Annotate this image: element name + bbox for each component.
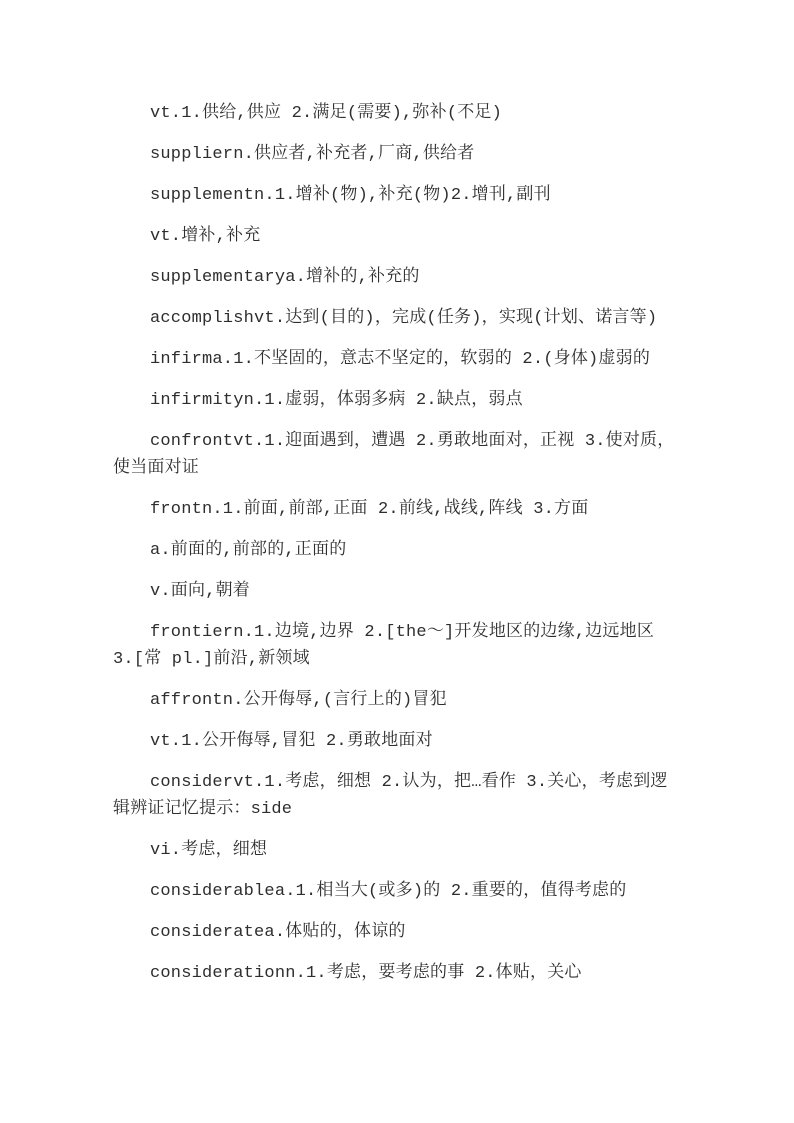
entry-line: frontn.1.前面,前部,正面 2.前线,战线,阵线 3.方面	[113, 496, 703, 523]
entry-line: considervt.1.考虑，细想 2.认为，把…看作 3.关心，考虑到逻	[113, 769, 703, 796]
entry-line: infirma.1.不坚固的，意志不坚定的，软弱的 2.(身体)虚弱的	[113, 346, 703, 373]
entry-line: consideratea.体贴的，体谅的	[113, 919, 703, 946]
entry-line: frontiern.1.边境,边界 2.[the～]开发地区的边缘,边远地区	[113, 619, 703, 646]
entry-line: accomplishvt.达到(目的)，完成(任务)，实现(计划、诺言等)	[113, 305, 703, 332]
dict-entry: frontn.1.前面,前部,正面 2.前线,战线,阵线 3.方面	[113, 496, 703, 523]
entry-line-continuation: 使当面对证	[113, 455, 703, 482]
entry-line: confrontvt.1.迎面遇到，遭遇 2.勇敢地面对，正视 3.使对质，	[113, 428, 703, 455]
dict-entry: accomplishvt.达到(目的)，完成(任务)，实现(计划、诺言等)	[113, 305, 703, 332]
dict-entry: vi.考虑，细想	[113, 837, 703, 864]
text-content: vt.1.供给,供应 2.满足(需要),弥补(不足) suppliern.供应者…	[113, 100, 703, 1001]
entry-line: vt.1.供给,供应 2.满足(需要),弥补(不足)	[113, 100, 703, 127]
dict-entry: affrontn.公开侮辱,(言行上的)冒犯	[113, 687, 703, 714]
dict-entry: supplementn.1.增补(物),补充(物)2.增刊,副刊	[113, 182, 703, 209]
dict-entry: vt.1.公开侮辱,冒犯 2.勇敢地面对	[113, 728, 703, 755]
dict-entry: considervt.1.考虑，细想 2.认为，把…看作 3.关心，考虑到逻 辑…	[113, 769, 703, 823]
entry-line: vt.1.公开侮辱,冒犯 2.勇敢地面对	[113, 728, 703, 755]
entry-line: suppliern.供应者,补充者,厂商,供给者	[113, 141, 703, 168]
dict-entry: infirma.1.不坚固的，意志不坚定的，软弱的 2.(身体)虚弱的	[113, 346, 703, 373]
dict-entry: v.面向,朝着	[113, 578, 703, 605]
dict-entry: considerablea.1.相当大(或多)的 2.重要的，值得考虑的	[113, 878, 703, 905]
entry-line-continuation: 3.[常 pl.]前沿,新领域	[113, 646, 703, 673]
entry-line: a.前面的,前部的,正面的	[113, 537, 703, 564]
entry-line: supplementarya.增补的,补充的	[113, 264, 703, 291]
dict-entry: a.前面的,前部的,正面的	[113, 537, 703, 564]
entry-line: vt.增补,补充	[113, 223, 703, 250]
dict-entry: consideratea.体贴的，体谅的	[113, 919, 703, 946]
entry-line: vi.考虑，细想	[113, 837, 703, 864]
dict-entry: frontiern.1.边境,边界 2.[the～]开发地区的边缘,边远地区 3…	[113, 619, 703, 673]
dict-entry: considerationn.1.考虑，要考虑的事 2.体贴，关心	[113, 960, 703, 987]
entry-line: supplementn.1.增补(物),补充(物)2.增刊,副刊	[113, 182, 703, 209]
entry-line: considerationn.1.考虑，要考虑的事 2.体贴，关心	[113, 960, 703, 987]
dict-entry: vt.增补,补充	[113, 223, 703, 250]
entry-line: considerablea.1.相当大(或多)的 2.重要的，值得考虑的	[113, 878, 703, 905]
dict-entry: suppliern.供应者,补充者,厂商,供给者	[113, 141, 703, 168]
entry-line-continuation: 辑辨证记忆提示：side	[113, 796, 703, 823]
dict-entry: infirmityn.1.虚弱，体弱多病 2.缺点，弱点	[113, 387, 703, 414]
dict-entry: confrontvt.1.迎面遇到，遭遇 2.勇敢地面对，正视 3.使对质， 使…	[113, 428, 703, 482]
entry-line: infirmityn.1.虚弱，体弱多病 2.缺点，弱点	[113, 387, 703, 414]
document-page: vt.1.供给,供应 2.满足(需要),弥补(不足) suppliern.供应者…	[0, 0, 794, 1123]
dict-entry: vt.1.供给,供应 2.满足(需要),弥补(不足)	[113, 100, 703, 127]
dict-entry: supplementarya.增补的,补充的	[113, 264, 703, 291]
entry-line: affrontn.公开侮辱,(言行上的)冒犯	[113, 687, 703, 714]
entry-line: v.面向,朝着	[113, 578, 703, 605]
